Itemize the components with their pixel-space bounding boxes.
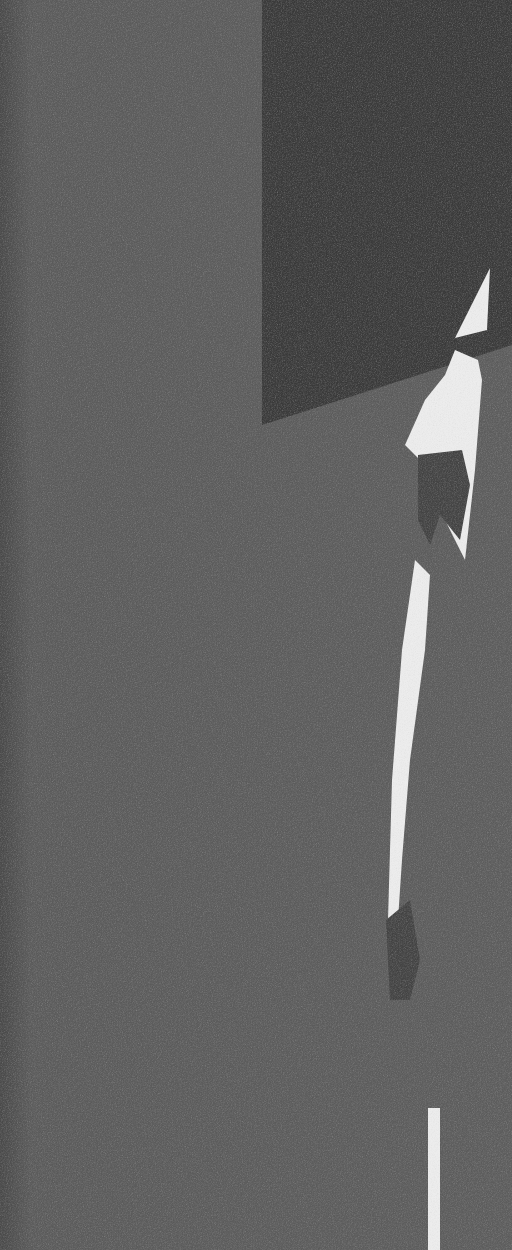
lane-paint-bottom xyxy=(428,1108,440,1250)
road-surface xyxy=(0,0,512,1250)
road-photo xyxy=(0,0,512,1250)
